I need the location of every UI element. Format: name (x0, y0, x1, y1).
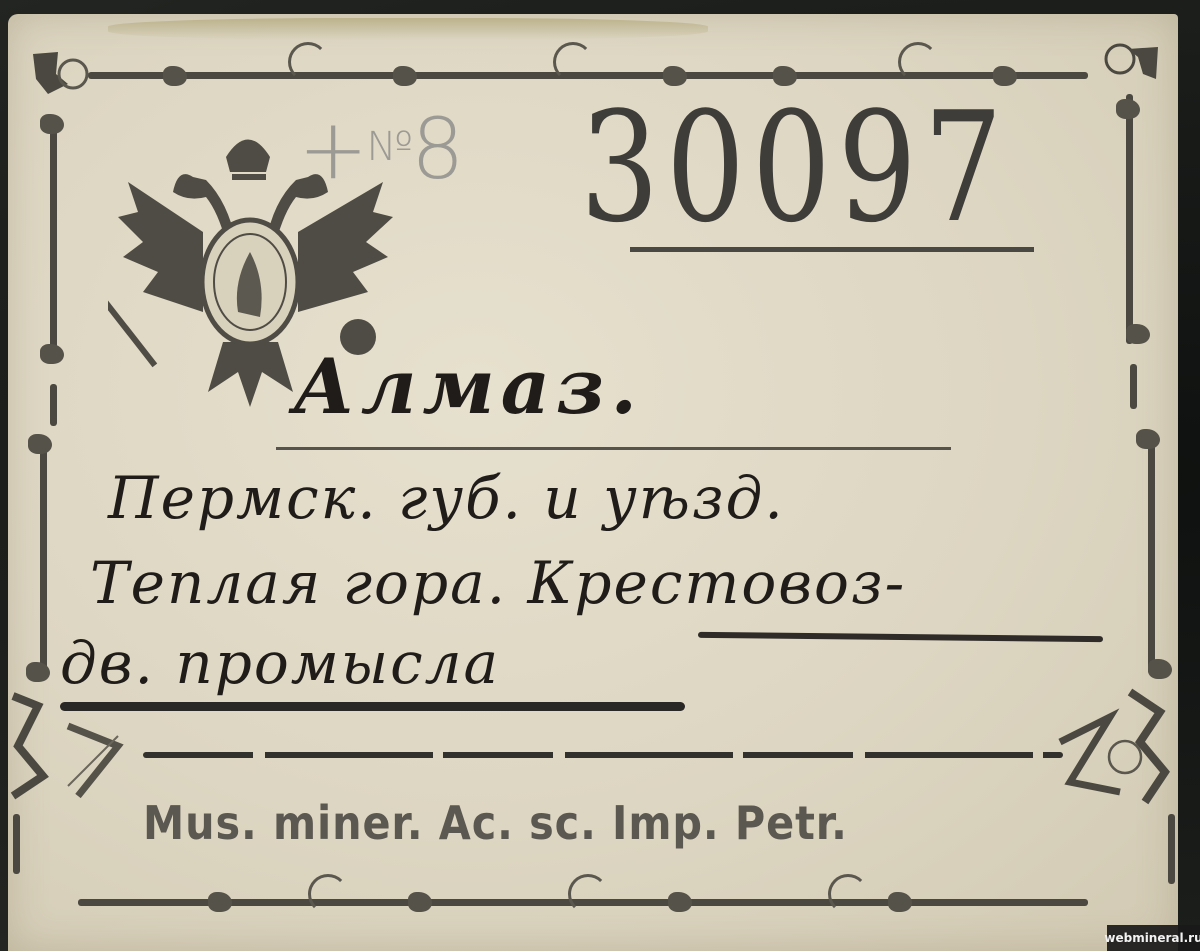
border-left-rod (50, 124, 57, 354)
mineral-name: Алмаз. (293, 342, 643, 431)
border-ornament-icon (28, 434, 52, 454)
specimen-label: +№8 30097 Алмаз. Пермск. губ. и уѣзд. Те… (8, 14, 1178, 951)
mineral-name-underline (276, 447, 951, 450)
pencil-plus: + (298, 100, 366, 198)
pencil-number: 8 (411, 100, 462, 198)
museum-imprint: Mus. miner. Ac. sc. Imp. Petr. (143, 796, 848, 850)
border-left-rod (50, 384, 57, 426)
border-ornament-icon (208, 892, 232, 912)
border-curl-icon (828, 874, 868, 914)
border-right-rod (1148, 434, 1155, 674)
catalogue-number-underline (630, 247, 1034, 252)
pencil-annotation: +№8 (298, 100, 462, 198)
border-ornament-icon (26, 662, 50, 682)
corner-ornament-icon (1098, 29, 1168, 99)
border-curl-icon (568, 874, 608, 914)
border-ornament-icon (1126, 324, 1150, 344)
ink-rule-2 (143, 752, 1063, 758)
corner-ornament-icon (28, 44, 98, 114)
border-ornament-icon (40, 344, 64, 364)
border-ornament-icon (1148, 659, 1172, 679)
border-curl-icon (898, 42, 938, 82)
border-ornament-icon (1116, 99, 1140, 119)
border-left-rod (13, 814, 20, 874)
border-ornament-icon (1136, 429, 1160, 449)
locality-underline (698, 632, 1103, 642)
watermark: webmineral.ru (1107, 925, 1200, 951)
border-right-rod (1130, 364, 1137, 409)
border-ornament-icon (408, 892, 432, 912)
border-right-rod (1126, 94, 1133, 344)
border-ornament-icon (40, 114, 64, 134)
border-right-rod (1168, 814, 1175, 884)
catalogue-number: 30097 (580, 92, 1009, 244)
border-curl-icon (308, 874, 348, 914)
border-ornament-icon (163, 66, 187, 86)
border-left-rod (40, 444, 47, 674)
border-curl-icon (288, 42, 328, 82)
corner-ornament-icon (1050, 682, 1175, 812)
border-curl-icon (553, 42, 593, 82)
locality-line-2: Теплая гора. Крестовоз- (90, 549, 906, 617)
pencil-numero: № (366, 124, 411, 170)
border-ornament-icon (393, 66, 417, 86)
locality-line-3: дв. промысла (60, 629, 500, 697)
locality-line-1: Пермск. губ. и уѣзд. (108, 464, 785, 532)
border-ornament-icon (888, 892, 912, 912)
ink-rule-1 (60, 702, 685, 711)
border-ornament-icon (668, 892, 692, 912)
